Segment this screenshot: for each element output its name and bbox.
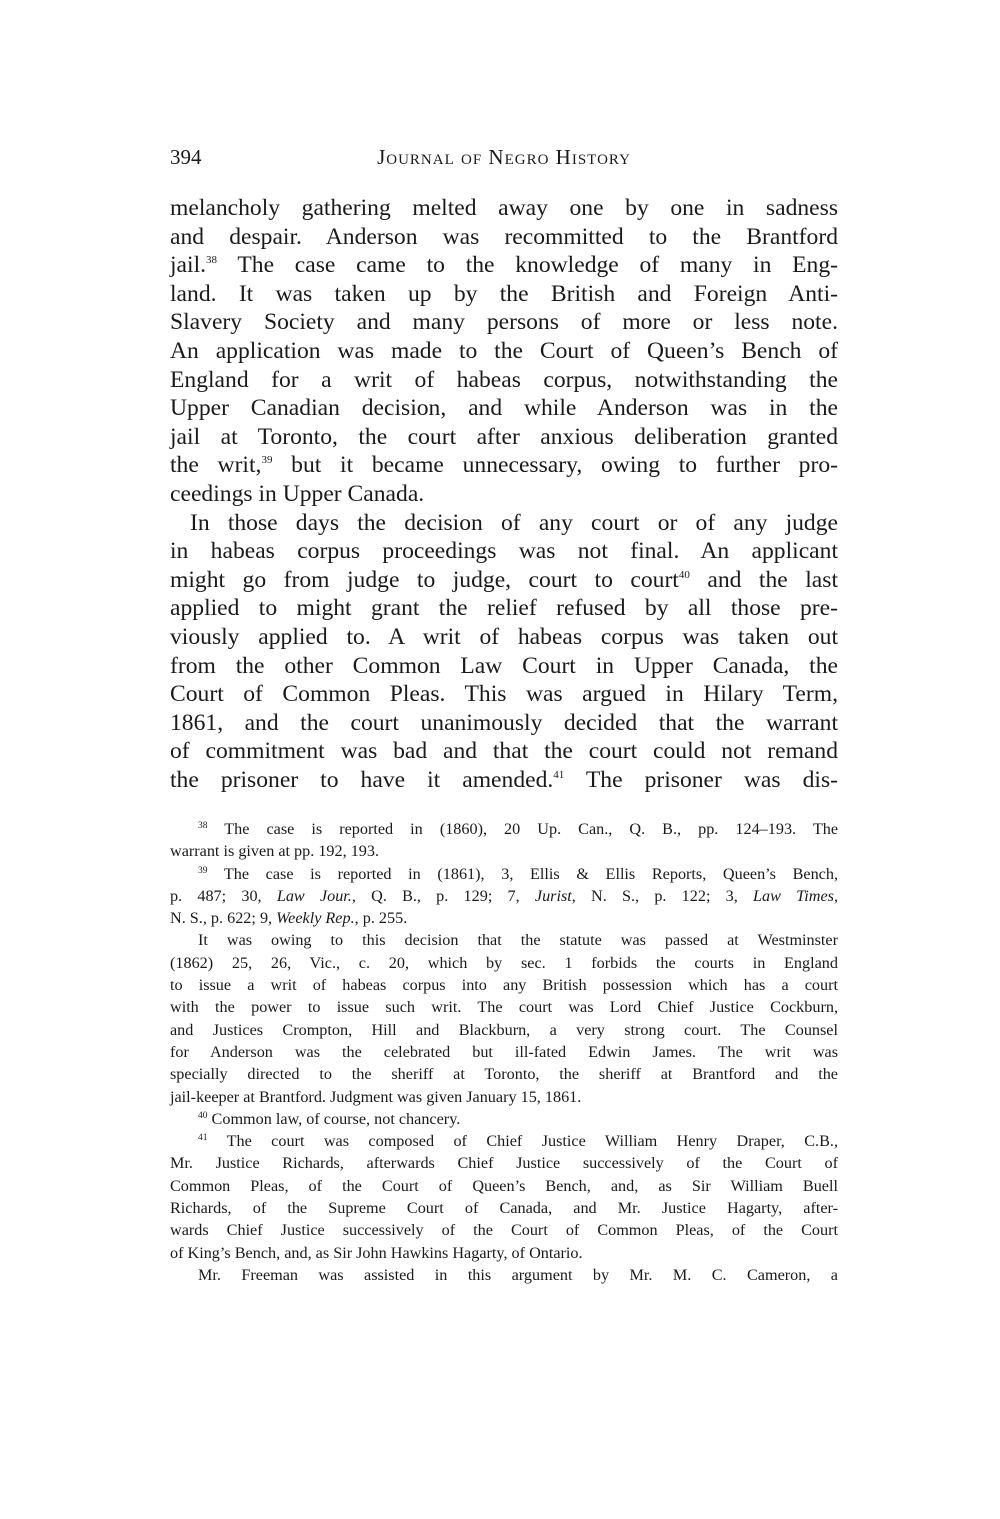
footnotes: 38 The case is reported in (1860), 20 Up… [170,818,838,1286]
body-line: jail.38 The case came to the knowledge o… [170,251,838,280]
footnote-line: It was owing to this decision that the s… [170,929,838,951]
body-line: 1861, and the court unanimously decided … [170,709,838,738]
footnote-line: to issue a writ of habeas corpus into an… [170,974,838,996]
footnote-line: wards Chief Justice successively of the … [170,1219,838,1241]
footnote-line: with the power to issue such writ. The c… [170,996,838,1018]
footnote-line: for Anderson was the celebrated but ill-… [170,1041,838,1063]
body-line: in habeas corpus proceedings was not fin… [170,537,838,566]
footnote-marker: 38 [198,821,208,831]
footnote-line: 38 The case is reported in (1860), 20 Up… [170,818,838,840]
body-line: An application was made to the Court of … [170,337,838,366]
body-line: from the other Common Law Court in Upper… [170,652,838,681]
footnote-reference: 39 [261,454,272,466]
body-line: applied to might grant the relief refuse… [170,594,838,623]
footnote-reference: 41 [553,769,564,781]
body-line: Slavery Society and many persons of more… [170,308,838,337]
footnote-line: N. S., p. 622; 9, Weekly Rep., p. 255. [170,907,838,929]
footnote-line: Mr. Justice Richards, afterwards Chief J… [170,1152,838,1174]
footnote-line: 39 The case is reported in (1861), 3, El… [170,863,838,885]
body-text: melancholy gathering melted away one by … [170,194,838,794]
body-line: Court of Common Pleas. This was argued i… [170,680,838,709]
body-line: might go from judge to judge, court to c… [170,566,838,595]
body-line: the writ,39 but it became unnecessary, o… [170,451,838,480]
body-line: and despair. Anderson was recommitted to… [170,223,838,252]
footnote-reference: 40 [679,569,690,581]
footnote-marker: 41 [198,1133,208,1143]
footnote-line: specially directed to the sheriff at Tor… [170,1063,838,1085]
footnote-line: 41 The court was composed of Chief Justi… [170,1130,838,1152]
footnote-reference: 38 [206,254,217,266]
body-line: ceedings in Upper Canada. [170,480,838,509]
running-head: 394 Journal of Negro History [170,143,838,171]
body-line: land. It was taken up by the British and… [170,280,838,309]
footnote-line: of King’s Bench, and, as Sir John Hawkin… [170,1242,838,1264]
footnote-line: jail-keeper at Brantford. Judgment was g… [170,1086,838,1108]
footnote-line: Common Pleas, of the Court of Queen’s Be… [170,1175,838,1197]
footnote-line: (1862) 25, 26, Vic., c. 20, which by sec… [170,952,838,974]
body-line: of commitment was bad and that the court… [170,737,838,766]
body-line: In those days the decision of any court … [170,509,838,538]
footnote-marker: 40 [198,1111,208,1121]
footnote-line: and Justices Crompton, Hill and Blackbur… [170,1019,838,1041]
footnote-line: Mr. Freeman was assisted in this argumen… [170,1264,838,1286]
body-line: Upper Canadian decision, and while Ander… [170,394,838,423]
footnote-line: warrant is given at pp. 192, 193. [170,840,838,862]
journal-title: Journal of Negro History [170,143,838,171]
footnote-marker: 39 [198,866,208,876]
body-line: the prisoner to have it amended.41 The p… [170,766,838,795]
body-line: jail at Toronto, the court after anxious… [170,423,838,452]
body-line: viously applied to. A writ of habeas cor… [170,623,838,652]
footnote-line: Richards, of the Supreme Court of Canada… [170,1197,838,1219]
body-line: melancholy gathering melted away one by … [170,194,838,223]
body-line: England for a writ of habeas corpus, not… [170,366,838,395]
footnote-line: p. 487; 30, Law Jour., Q. B., p. 129; 7,… [170,885,838,907]
footnote-line: 40 Common law, of course, not chancery. [170,1108,838,1130]
